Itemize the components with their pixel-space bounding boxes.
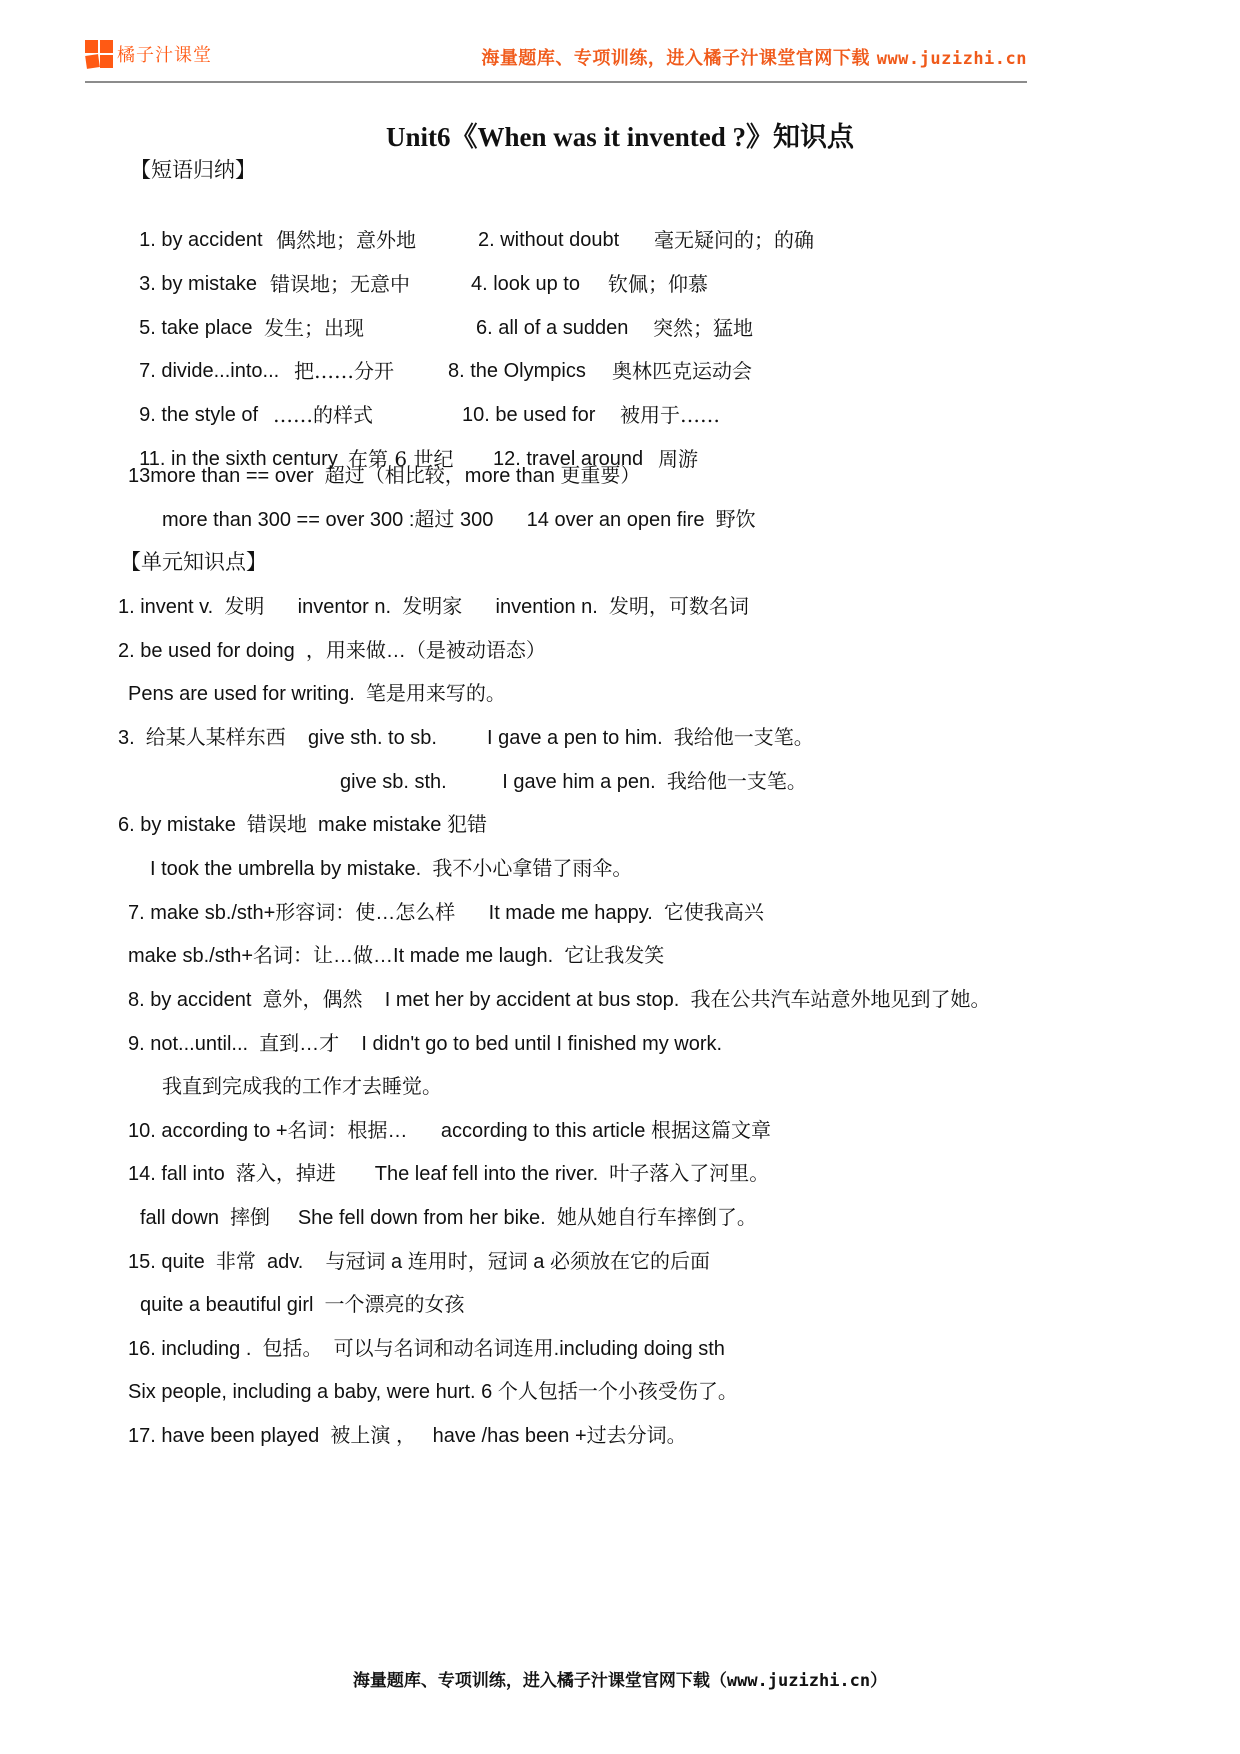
knowledge-line: 8. by accident 意外，偶然 I met her by accide… <box>128 987 990 1013</box>
knowledge-line: make sb./sth+名词：让…做…It made me laugh. 它让… <box>128 943 664 969</box>
knowledge-line: give sb. sth. I gave him a pen. 我给他一支笔。 <box>340 769 807 795</box>
knowledge-line: 9. not...until... 直到…才 I didn't go to be… <box>128 1031 722 1057</box>
knowledge-line: 17. have been played 被上演 ， have /has bee… <box>128 1423 687 1449</box>
footer-text: 海量题库、专项训练，进入橘子汁课堂官网下载 <box>353 1671 710 1691</box>
knowledge-line: 我直到完成我的工作才去睡觉。 <box>162 1074 442 1100</box>
header-divider <box>85 81 1027 83</box>
knowledge-line: 2. be used for doing ，用来做…（是被动语态） <box>118 638 546 664</box>
phrase-line-13b: more than 300 == over 300 :超过 300 14 ove… <box>162 507 756 533</box>
slogan-text: 海量题库、专项训练，进入橘子汁课堂官网下载 <box>481 48 870 69</box>
knowledge-line: fall down 摔倒 She fell down from her bike… <box>140 1205 757 1231</box>
knowledge-line: 14. fall into 落入，掉进 The leaf fell into t… <box>128 1161 769 1187</box>
phrase-line-13: 13more than == over 超过（相比较，more than 更重要… <box>128 463 640 489</box>
header-slogan: 海量题库、专项训练，进入橘子汁课堂官网下载 www.juzizhi.cn <box>481 44 1027 70</box>
knowledge-line: 10. according to +名词：根据… according to th… <box>128 1118 771 1144</box>
knowledge-line: 1. invent v. 发明 inventor n. 发明家 inventio… <box>118 594 749 620</box>
knowledge-line: 15. quite 非常 adv. 与冠词 a 连用时，冠词 a 必须放在它的后… <box>128 1249 710 1275</box>
brand-name: 橘子汁课堂 <box>117 41 212 67</box>
page-footer: 海量题库、专项训练，进入橘子汁课堂官网下载（www.juzizhi.cn） <box>0 1666 1240 1691</box>
juzizhi-logo-icon <box>85 40 113 68</box>
knowledge-line: 16. including . 包括。 可以与名词和动名词连用.includin… <box>128 1336 725 1362</box>
knowledge-line: I took the umbrella by mistake. 我不小心拿错了雨… <box>150 856 632 882</box>
page-title: Unit6《When was it invented ?》知识点 <box>0 115 1240 154</box>
knowledge-line: Pens are used for writing. 笔是用来写的。 <box>128 681 506 707</box>
knowledge-line: 7. make sb./sth+形容词：使…怎么样 It made me hap… <box>128 900 764 926</box>
knowledge-line: Six people, including a baby, were hurt.… <box>128 1379 738 1405</box>
knowledge-line: 6. by mistake 错误地 make mistake 犯错 <box>118 812 487 838</box>
page-header: 橘子汁课堂 海量题库、专项训练，进入橘子汁课堂官网下载 www.juzizhi.… <box>85 38 1027 78</box>
knowledge-line: 3. 给某人某样东西 give sth. to sb. I gave a pen… <box>118 725 814 751</box>
knowledge-line: quite a beautiful girl 一个漂亮的女孩 <box>140 1292 465 1318</box>
footer-url-link[interactable]: （www.juzizhi.cn） <box>710 1671 887 1691</box>
header-url-link[interactable]: www.juzizhi.cn <box>877 49 1027 69</box>
section-heading-knowledge: 【单元知识点】 <box>120 549 267 575</box>
section-heading-phrases: 【短语归纳】 <box>130 157 256 183</box>
